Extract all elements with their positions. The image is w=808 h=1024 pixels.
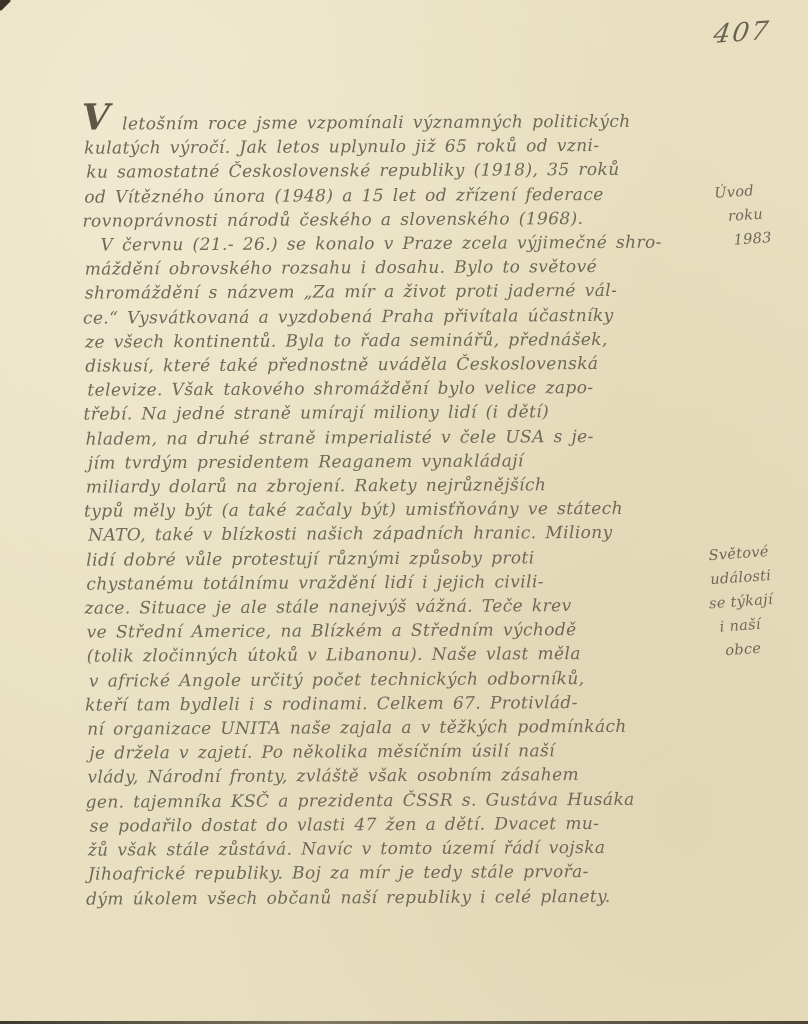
text-line: V letošním roce jsme vzpomínali významný… — [82, 102, 709, 136]
margin-note-year: Úvod roku 1983 — [714, 178, 773, 254]
text-line: Jihoafrické republiky. Boj za mír je ted… — [88, 860, 713, 887]
chronicle-page: 407 V letošním roce jsme vzpomínali význ… — [0, 0, 808, 1024]
text-line: hladem, na druhé straně imperialisté v č… — [86, 424, 711, 451]
text-line: (tolik zločinných útoků v Libanonu). Naš… — [87, 642, 712, 669]
text-line: televize. Však takového shromáždění bylo… — [87, 376, 710, 403]
text-line: je držela v zajetí. Po několika měsíčním… — [89, 739, 712, 766]
text-line: lidí dobré vůle protestují různými způso… — [86, 545, 711, 572]
text-block: V letošním roce jsme vzpomínali významný… — [84, 102, 713, 911]
margin-note-line: 1983 — [733, 226, 773, 253]
text-line: chystanému totálnímu vraždění lidí i jej… — [86, 569, 711, 596]
text-line: V červnu (21.- 26.) se konalo v Praze zc… — [87, 230, 710, 257]
margin-note-line: se týkají — [708, 588, 773, 616]
text-line: máždění obrovského rozsahu i dosahu. Byl… — [85, 255, 710, 282]
text-line: kulatých výročí. Jak letos uplynulo již … — [84, 134, 709, 161]
text-line: dým úkolem všech občanů naší republiky i… — [86, 884, 713, 911]
text-line: shromáždění s názvem „Za mír a život pro… — [85, 279, 710, 306]
text-line: v africké Angole určitý počet technickýc… — [89, 666, 712, 693]
text-line: ve Střední Americe, na Blízkém a Střední… — [87, 618, 712, 645]
margin-note-line: obce — [725, 636, 778, 663]
text-line: žů však stále zůstává. Navíc v tomto úze… — [88, 835, 713, 862]
text-line: zace. Situace je ale stále nanejvýš vážn… — [84, 593, 711, 620]
text-line: jím tvrdým presidentem Reaganem vynaklád… — [88, 448, 711, 475]
text-line: ze všech kontinentů. Byla to řada seminá… — [85, 327, 710, 354]
text-line: rovnoprávnosti národů českého a slovensk… — [82, 206, 709, 233]
text-line: kteří tam bydleli i s rodinami. Celkem 6… — [85, 690, 712, 717]
margin-note-world-events: Světové události se týkají i naší obce — [708, 540, 777, 664]
page-number: 407 — [712, 16, 773, 50]
text-line: typů měly být (a také začaly být) umisťň… — [84, 497, 711, 524]
text-line: gen. tajemníka KSČ a prezidenta ČSSR s. … — [85, 787, 712, 814]
text-line: třebí. Na jedné straně umírají miliony l… — [83, 400, 710, 427]
text-line: od Vítězného února (1948) a 15 let od zř… — [84, 182, 709, 209]
text-line: NATO, také v blízkosti našich západních … — [88, 521, 711, 548]
scan-edge-corner — [0, 0, 11, 11]
margin-note-line: roku — [727, 202, 771, 229]
text-line: ku samostatné Československé republiky (… — [86, 158, 709, 185]
text-line: diskusí, které také přednostně uváděla Č… — [85, 351, 710, 378]
text-line: vlády, Národní fronty, zvláště však osob… — [87, 763, 712, 790]
text-line: miliardy dolarů na zbrojení. Rakety nejr… — [86, 472, 711, 499]
text-line: se podařilo dostat do vlasti 47 žen a dě… — [90, 811, 713, 838]
text-line: ní organizace UNITA naše zajala a v těžk… — [87, 714, 712, 741]
text-line: ce.“ Vysvátkovaná a vyzdobená Praha přiv… — [83, 303, 710, 330]
